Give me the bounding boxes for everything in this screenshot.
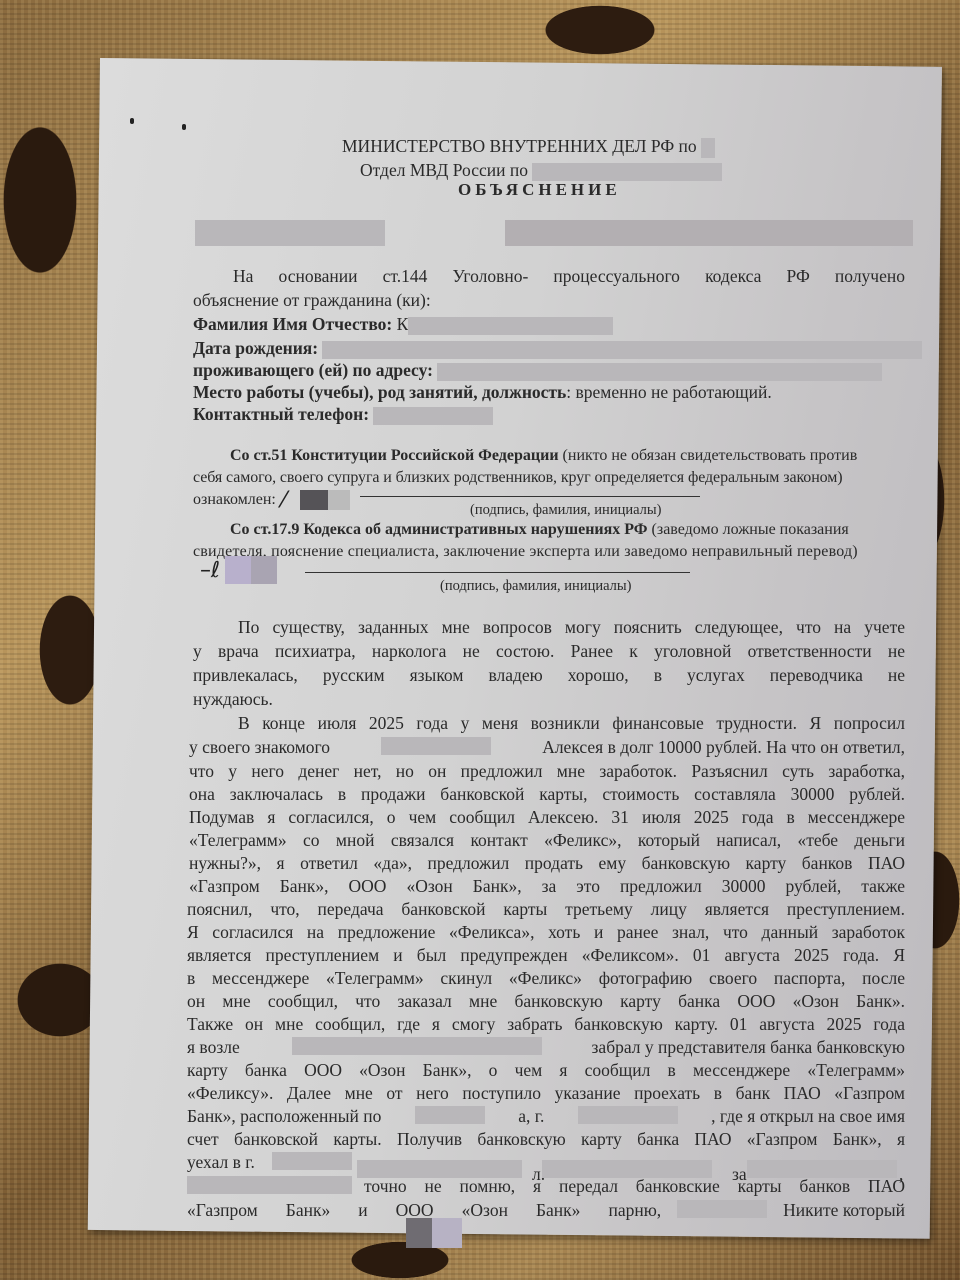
body-p2-line: Банк», расположенный по а, г. , где я от… — [187, 1106, 905, 1126]
redacted-signature — [406, 1218, 432, 1248]
body-p1-line: у врача психиатра, нарколога не состою. … — [193, 641, 905, 661]
body-p2-line: он мне сообщил, что заказал мне банковск… — [187, 991, 905, 1011]
document-title: ОБЪЯСНЕНИЕ — [458, 180, 621, 200]
body-p2-line: у своего знакомого Алексея в долг 10000 … — [189, 737, 905, 757]
field-occupation: Место работы (учебы), род занятий, должн… — [193, 382, 772, 402]
body-p2-line: я возле забрал у представителя банка бан… — [187, 1037, 905, 1057]
signature-caption: (подпись, фамилия, инициалы) — [440, 576, 631, 596]
redacted-region — [322, 341, 922, 359]
redacted-region — [415, 1106, 485, 1124]
redacted-signature — [432, 1218, 462, 1248]
field-address: проживающего (ей) по адресу: — [193, 360, 882, 381]
redacted-region — [292, 1037, 542, 1055]
ministry-heading: МИНИСТЕРСТВО ВНУТРЕННИХ ДЕЛ РФ по — [342, 136, 715, 158]
redacted-region — [701, 138, 715, 158]
redacted-region — [532, 163, 722, 181]
body-p2-line: в мессенджере «Телеграмм» скинул «Феликс… — [187, 968, 905, 988]
signature-caption: (подпись, фамилия, инициалы) — [470, 500, 661, 520]
redacted-region — [195, 220, 385, 246]
signature-line — [360, 496, 700, 497]
body-p2-line: нужны?», я ответил «да», предложил прода… — [189, 853, 905, 873]
redacted-signature — [300, 490, 328, 510]
body-p1-line: привлекалась, русским языком владею хоро… — [193, 665, 905, 685]
redacted-region — [408, 317, 613, 335]
redacted-region — [505, 220, 913, 246]
redacted-region — [578, 1106, 678, 1124]
body-p2-line: пояснил, что, передача банковской карты … — [187, 899, 905, 919]
body-p2-line: является преступлением и был предупрежде… — [187, 945, 905, 965]
punch-mark — [182, 124, 186, 130]
signature-mark: ⁄ — [282, 488, 286, 513]
body-p2-line: Также он мне сообщил, где я смогу забрат… — [187, 1014, 905, 1034]
body-p1-line: По существу, заданных мне вопросов могу … — [193, 617, 905, 637]
signature-mark: –ℓ — [200, 558, 220, 583]
field-birth-date: Дата рождения: — [193, 338, 922, 359]
field-phone: Контактный телефон: — [193, 404, 493, 425]
body-p2-line: Я согласился на предложение «Феликса», х… — [187, 922, 905, 942]
intro-line-2: объяснение от гражданина (ки): — [193, 290, 431, 310]
body-p2-line: «Феликсу». Далее мне от него поступило у… — [187, 1083, 905, 1103]
body-p2-line: В конце июля 2025 года у меня возникли ф… — [193, 713, 905, 733]
acknowledged-label: ознакомлен: — [193, 490, 350, 510]
body-p2-line: точно не помню, я передал банковские кар… — [187, 1176, 905, 1196]
redacted-region — [187, 1176, 352, 1194]
punch-mark — [130, 118, 134, 124]
article-51-notice: Со ст.51 Конституции Российской Федераци… — [230, 446, 857, 466]
explanation-document: МИНИСТЕРСТВО ВНУТРЕННИХ ДЕЛ РФ по Отдел … — [0, 0, 960, 1280]
signature-line — [305, 572, 690, 573]
body-p2-line: «Телеграмм» со мной связался контакт «Фе… — [189, 830, 905, 850]
redacted-signature — [251, 556, 277, 584]
article-17-9-notice: Со ст.17.9 Кодекса об административных н… — [230, 520, 849, 540]
article-17-9-notice-cont: свидетеля, пояснение специалиста, заключ… — [193, 542, 858, 562]
body-p2-line: «Газпром Банк», ООО «Озон Банк», за это … — [189, 876, 905, 896]
article-51-notice-cont: себя самого, своего супруга и близких ро… — [193, 468, 843, 488]
intro-line-1: На основании ст.144 Уголовно- процессуал… — [193, 266, 905, 286]
field-full-name: Фамилия Имя Отчество: К — [193, 314, 613, 335]
redacted-signature — [225, 556, 251, 584]
redacted-region — [373, 407, 493, 425]
body-p1-line: нуждаюсь. — [193, 689, 273, 709]
body-p2-line: «Газпром Банк» и ООО «Озон Банк» парню, … — [187, 1200, 905, 1220]
redacted-region — [437, 363, 882, 381]
body-p2-line: Подумав я согласился, о чем сообщил Алек… — [189, 807, 905, 827]
body-p2-line: карту банка ООО «Озон Банк», о чем я соо… — [187, 1060, 905, 1080]
department-heading: Отдел МВД России по — [360, 160, 722, 181]
redacted-region — [381, 737, 491, 755]
redacted-signature — [328, 490, 350, 510]
redacted-region — [677, 1200, 767, 1218]
body-p2-line: счет банковской карты. Получив банковску… — [187, 1129, 905, 1149]
body-p2-line: она заключалась в продажи банковской кар… — [189, 784, 905, 804]
body-p2-line: что у него денег нет, но он предложил мн… — [189, 761, 905, 781]
